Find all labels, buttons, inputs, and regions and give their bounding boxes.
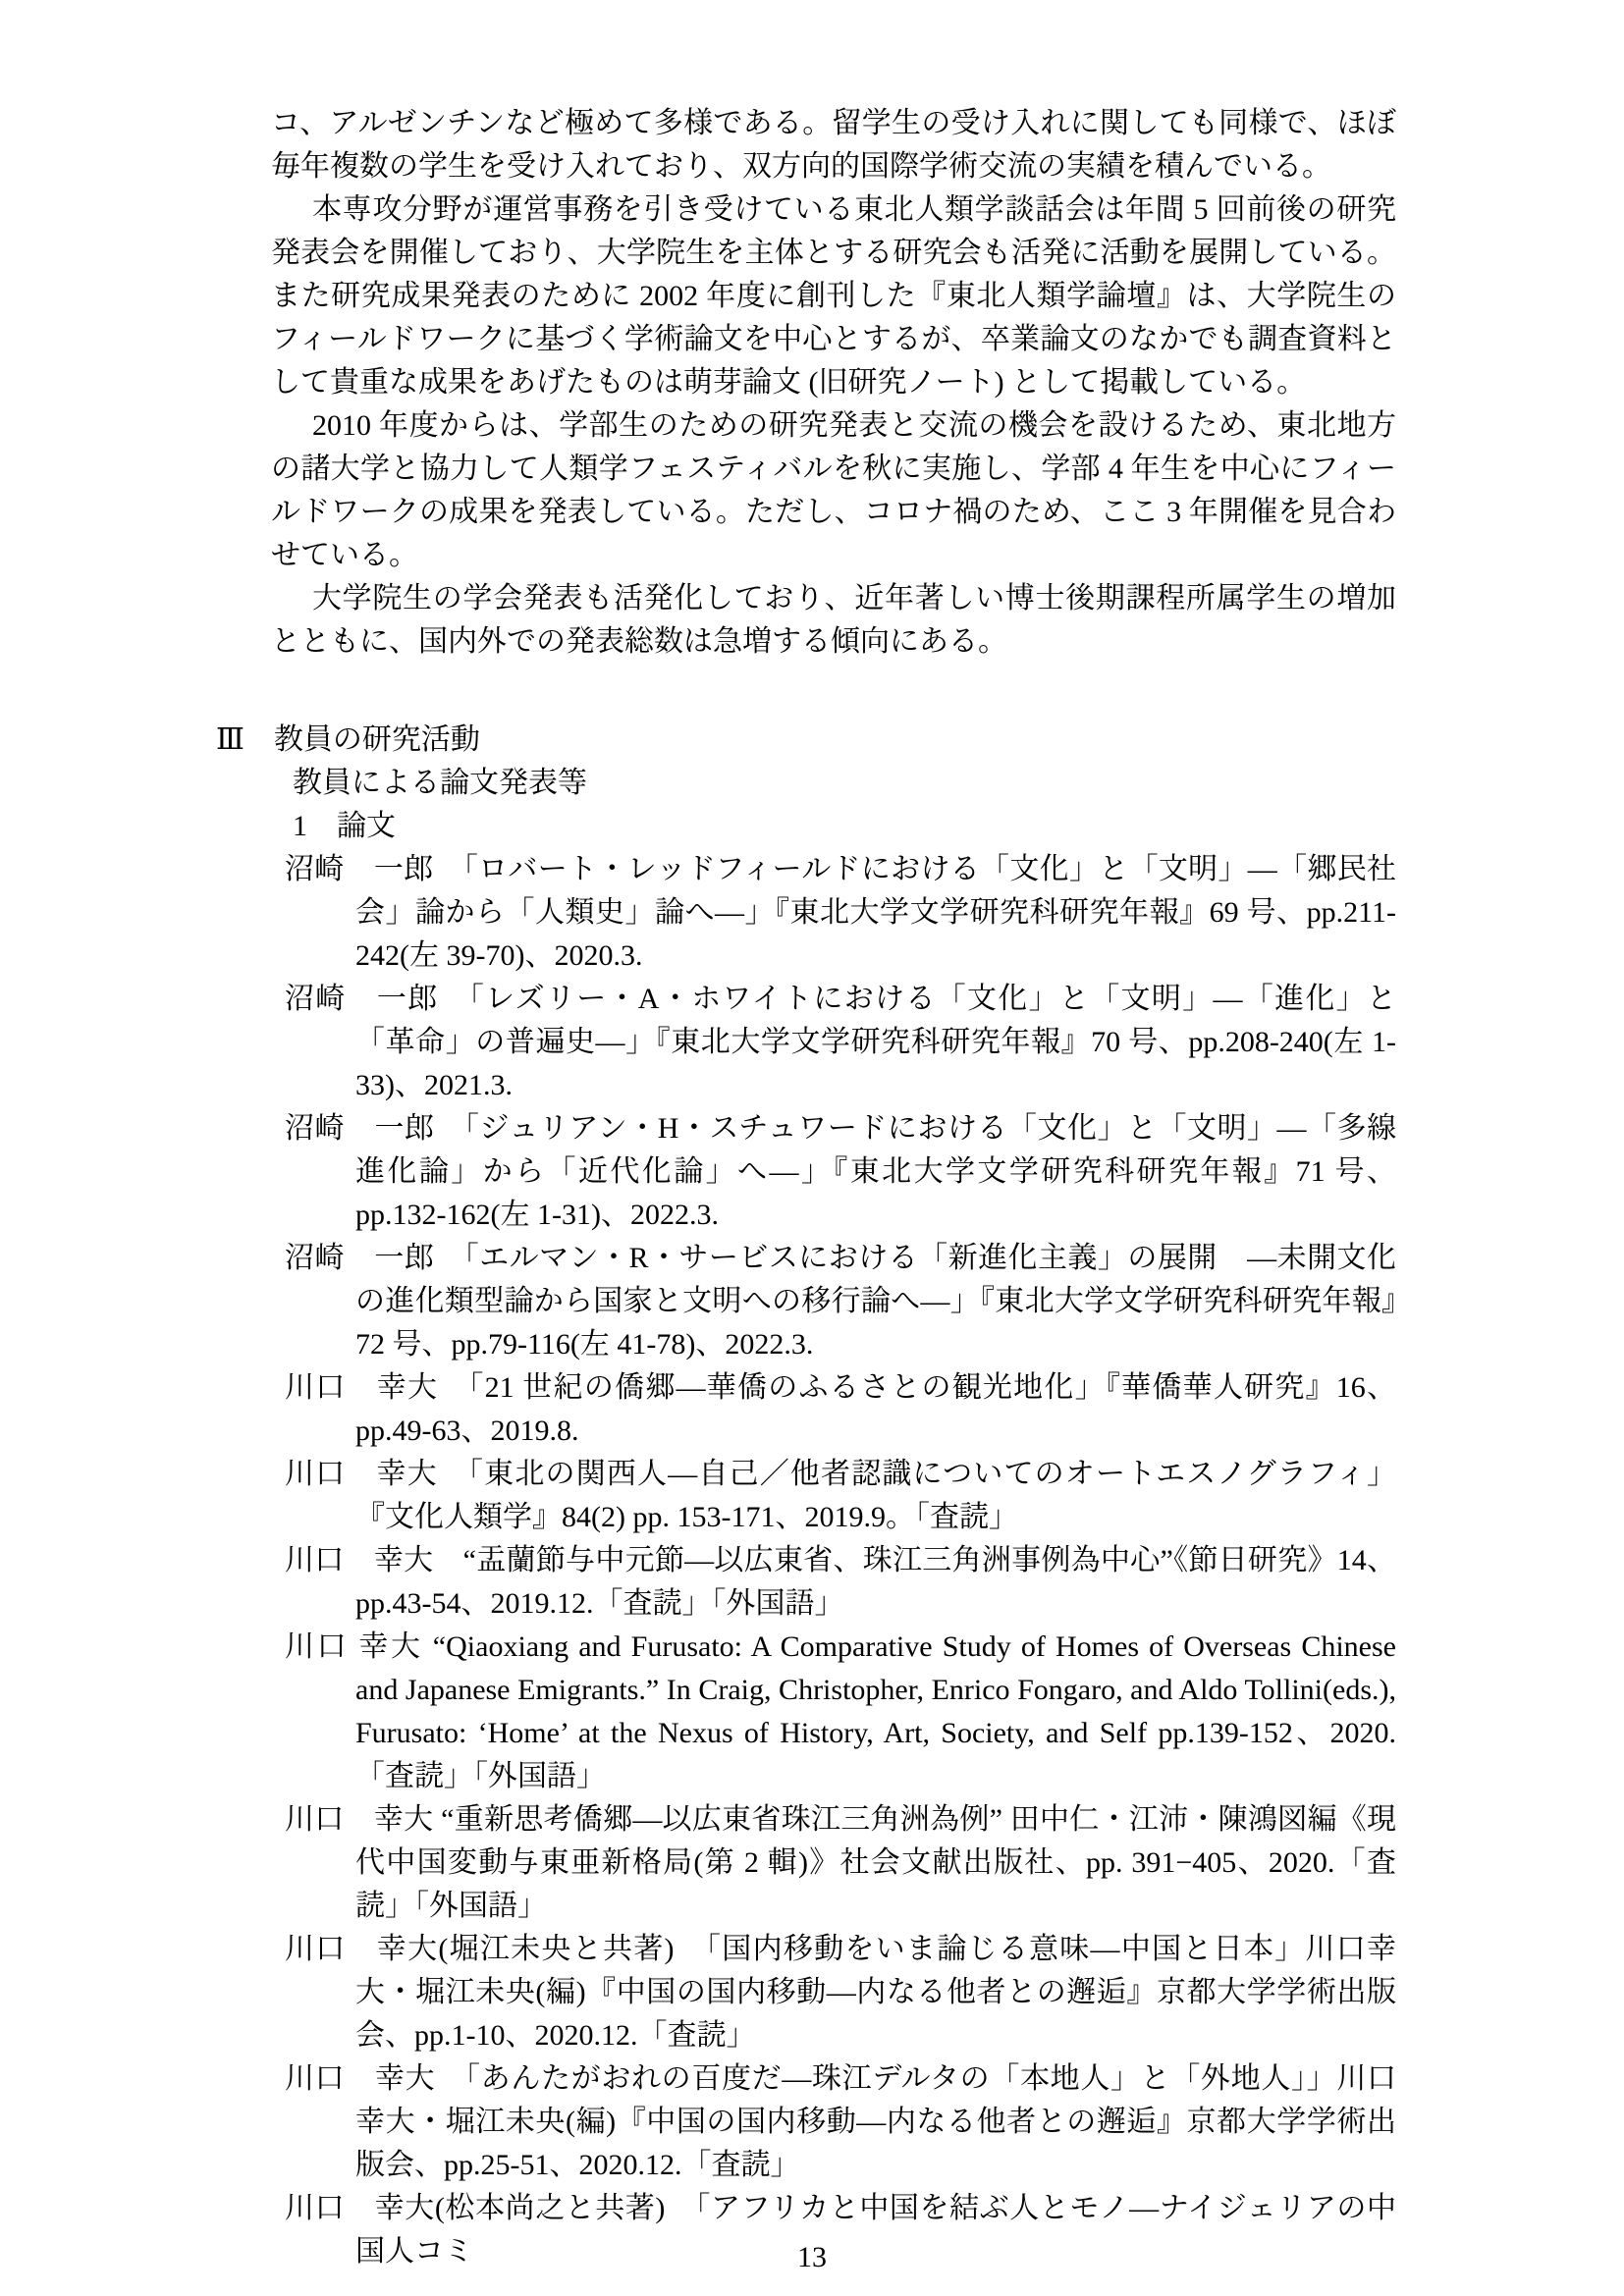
publication-entry: 川口 幸大 “盂蘭節与中元節―以広東省、珠江三角洲事例為中心”《節日研究》14、… [285,1539,1396,1626]
body-paragraph: 本専攻分野が運営事務を引き受けている東北人類学談話会は年間 5 回前後の研究発表… [271,188,1396,404]
publication-entry: 川口 幸大 「あんたがおれの百度だ―珠江デルタの「本地人」と「外地人」」川口幸大… [285,2057,1396,2187]
publication-entry: 川口 幸大 「21 世紀の僑郷―華僑のふるさとの観光地化」『華僑華人研究』16、… [285,1366,1396,1453]
body-paragraph: コ、アルゼンチンなど極めて多様である。留学生の受け入れに関しても同様で、ほぼ毎年… [271,102,1396,188]
body-paragraph: 大学院生の学会発表も活発化しており、近年著しい博士後期課程所属学生の増加とともに… [271,577,1396,664]
publication-entry: 沼崎 一郎 「レズリー・A・ホワイトにおける「文化」と「文明」―「進化」と「革命… [285,978,1396,1107]
publication-entry: 川口 幸大 「東北の関西人―自己／他者認識についてのオートエスノグラフィ」『文化… [285,1453,1396,1539]
publication-entry: 川口 幸大 “重新思考僑郷―以広東省珠江三角洲為例” 田中仁・江沛・陳鴻図編《現… [285,1798,1396,1928]
publication-entry: 沼崎 一郎 「ロバート・レッドフィールドにおける「文化」と「文明」―「郷民社会」… [285,848,1396,978]
section-heading: Ⅲ 教員の研究活動 [216,719,1396,762]
section-subtitle: 教員による論文発表等 [293,762,1396,805]
publication-entry: 沼崎 一郎 「エルマン・R・サービスにおける「新進化主義」の展開 ―未開文化の進… [285,1237,1396,1366]
publication-entry: 川口 幸大(堀江未央と共著) 「国内移動をいま論じる意味―中国と日本」川口幸大・… [285,1928,1396,2057]
text-block: コ、アルゼンチンなど極めて多様である。留学生の受け入れに関しても同様で、ほぼ毎年… [271,102,1396,2273]
document-page: コ、アルゼンチンなど極めて多様である。留学生の受け入れに関しても同様で、ほぼ毎年… [0,0,1624,2296]
list-heading: 1 論文 [293,805,1396,848]
page-number: 13 [0,2236,1624,2279]
body-paragraph: 2010 年度からは、学部生のための研究発表と交流の機会を設けるため、東北地方の… [271,404,1396,577]
section-faculty-research: Ⅲ 教員の研究活動 教員による論文発表等 1 論文 沼崎 一郎 「ロバート・レッ… [271,719,1396,2273]
publication-entry: 沼崎 一郎 「ジュリアン・H・スチュワードにおける「文化」と「文明」―「多線進化… [285,1107,1396,1237]
publication-entry: 川口 幸大 “Qiaoxiang and Furusato: A Compara… [285,1626,1396,1798]
publication-list: 沼崎 一郎 「ロバート・レッドフィールドにおける「文化」と「文明」―「郷民社会」… [285,848,1396,2273]
